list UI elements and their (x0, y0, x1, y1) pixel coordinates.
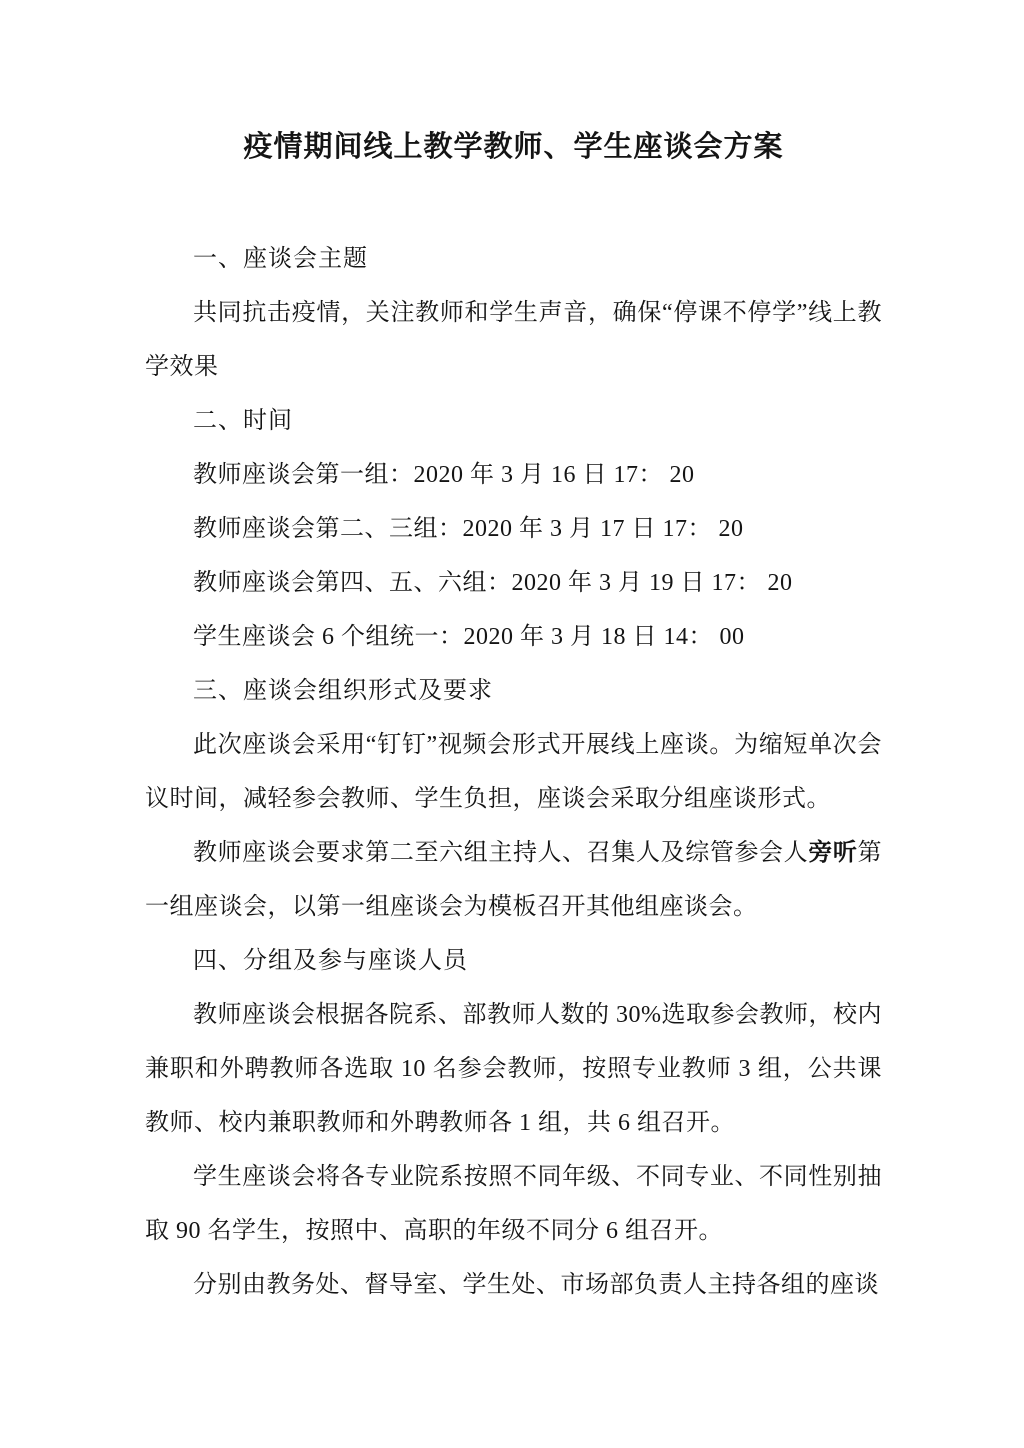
section-heading-time: 二、时间 (145, 394, 882, 448)
section-heading-grouping: 四、分组及参与座谈人员 (145, 934, 882, 988)
section-heading-format: 三、座谈会组织形式及要求 (145, 664, 882, 718)
paragraph-grouping-teachers: 教师座谈会根据各院系、部教师人数的 30%选取参会教师，校内兼职和外聘教师各选取… (145, 988, 882, 1150)
document-page: 疫情期间线上教学教师、学生座谈会方案 一、座谈会主题 共同抗击疫情，关注教师和学… (0, 0, 1024, 1448)
section-heading-topic: 一、座谈会主题 (145, 232, 882, 286)
paragraph-time-group4-6: 教师座谈会第四、五、六组：2020 年 3 月 19 日 17： 20 (145, 556, 882, 610)
paragraph-grouping-hosts: 分别由教务处、督导室、学生处、市场部负责人主持各组的座谈 (145, 1258, 882, 1312)
paragraph-time-students: 学生座谈会 6 个组统一：2020 年 3 月 18 日 14： 00 (145, 610, 882, 664)
paragraph-time-group2-3: 教师座谈会第二、三组：2020 年 3 月 17 日 17： 20 (145, 502, 882, 556)
paragraph-grouping-students: 学生座谈会将各专业院系按照不同年级、不同专业、不同性别抽取 90 名学生，按照中… (145, 1150, 882, 1258)
bold-text-run: 旁听 (808, 840, 857, 866)
paragraph-time-group1: 教师座谈会第一组：2020 年 3 月 16 日 17： 20 (145, 448, 882, 502)
document-body: 一、座谈会主题 共同抗击疫情，关注教师和学生声音，确保“停课不停学”线上教学效果… (145, 232, 882, 1312)
text-run: 教师座谈会要求第二至六组主持人、召集人及综管参会人 (193, 840, 808, 866)
paragraph-format-1: 此次座谈会采用“钉钉”视频会形式开展线上座谈。为缩短单次会议时间，减轻参会教师、… (145, 718, 882, 826)
paragraph-format-2: 教师座谈会要求第二至六组主持人、召集人及综管参会人旁听第一组座谈会，以第一组座谈… (145, 826, 882, 934)
paragraph-topic: 共同抗击疫情，关注教师和学生声音，确保“停课不停学”线上教学效果 (145, 286, 882, 394)
document-title: 疫情期间线上教学教师、学生座谈会方案 (145, 118, 882, 176)
